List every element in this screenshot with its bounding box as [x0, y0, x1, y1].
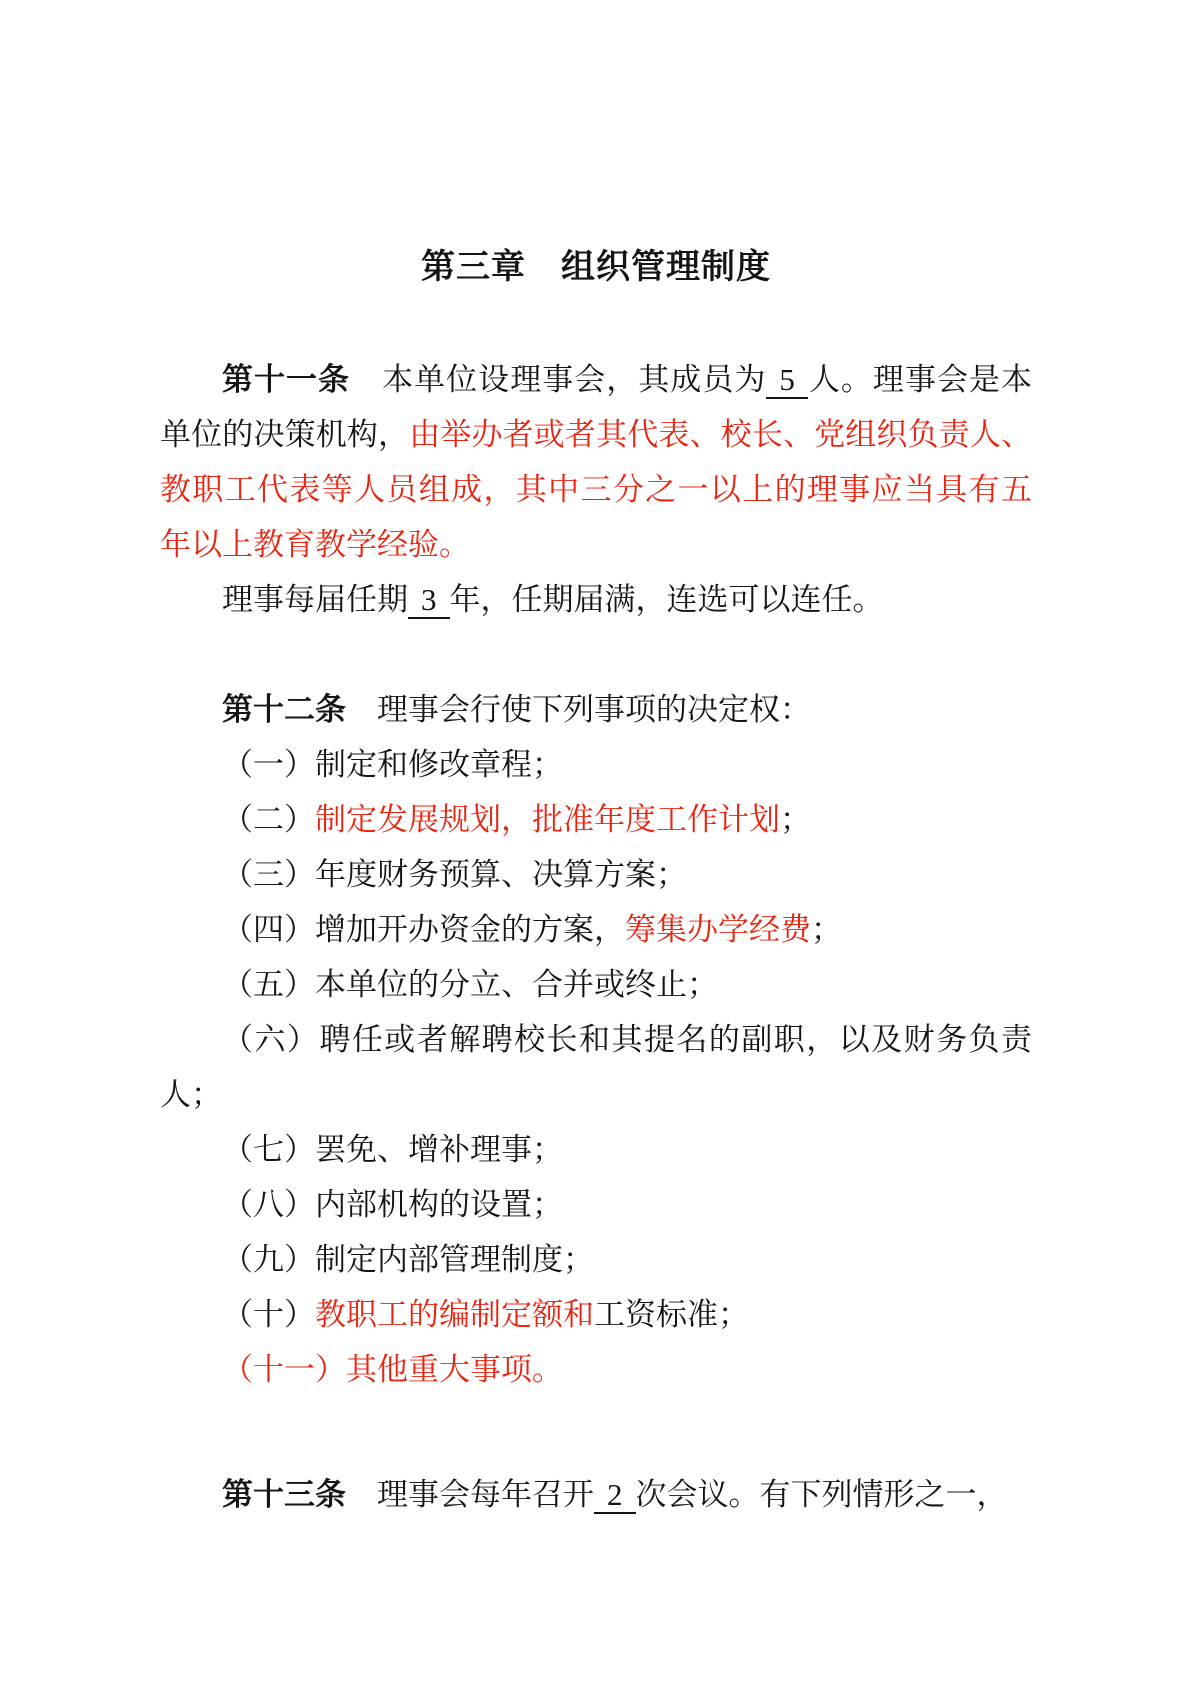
- text-line: （五）本单位的分立、合并或终止；: [160, 957, 1032, 1012]
- text-line: （七）罢免、增补理事；: [160, 1122, 1032, 1177]
- text-segment: （一）制定和修改章程；: [222, 747, 563, 782]
- text-segment: （八）内部机构的设置；: [222, 1187, 563, 1222]
- text-segment: 工资标准；: [594, 1297, 749, 1332]
- text-segment: 人。理事会是本: [808, 362, 1032, 397]
- text-line: （二）制定发展规划，批准年度工作计划；: [160, 792, 1032, 847]
- text-segment: 本单位设理事会，其成员为: [350, 362, 766, 397]
- text-line: 人；: [160, 1067, 1032, 1122]
- text-segment: 筹集办学经费: [625, 912, 811, 947]
- filled-blank-value: 5: [766, 362, 808, 399]
- term-paragraph: 理事每届任期3年，任期届满，连选可以连任。: [160, 572, 1032, 627]
- text-segment: 教职工代表等人员组成，其中三分之一以上的理事应当具有五: [160, 472, 1032, 507]
- text-segment: 人；: [160, 1077, 222, 1112]
- article-12-paragraph: 第十二条 理事会行使下列事项的决定权：: [160, 682, 1032, 737]
- decision-item-7: （七）罢免、增补理事；: [160, 1122, 1032, 1177]
- article-13-paragraph: 第十三条 理事会每年召开2次会议。有下列情形之一，: [160, 1467, 1032, 1522]
- text-segment: （五）本单位的分立、合并或终止；: [222, 967, 718, 1002]
- chapter-title: 第三章 组织管理制度: [160, 240, 1032, 295]
- text-line: 第十二条 理事会行使下列事项的决定权：: [160, 682, 1032, 737]
- text-segment: 理事会每年召开: [346, 1477, 594, 1512]
- text-segment: 理事会行使下列事项的决定权：: [346, 692, 811, 727]
- text-segment: ；: [780, 802, 811, 837]
- text-segment: 制定发展规划，批准年度工作计划: [315, 802, 780, 837]
- text-segment: 由举办者或者其代表、校长、党组织负责人、: [409, 417, 1032, 452]
- text-segment: 单位的决策机构，: [160, 417, 409, 452]
- text-segment: （十一）其他重大事项。: [222, 1352, 563, 1387]
- text-segment: ；: [811, 912, 842, 947]
- text-segment: （九）制定内部管理制度；: [222, 1242, 594, 1277]
- decision-item-10: （十）教职工的编制定额和工资标准；: [160, 1287, 1032, 1342]
- decision-item-3: （三）年度财务预算、决算方案；: [160, 847, 1032, 902]
- text-line: （九）制定内部管理制度；: [160, 1232, 1032, 1287]
- text-segment: 第十一条: [222, 362, 350, 397]
- text-segment: 年，任期届满，连选可以连任。: [450, 582, 884, 617]
- text-line: （三）年度财务预算、决算方案；: [160, 847, 1032, 902]
- decision-item-8: （八）内部机构的设置；: [160, 1177, 1032, 1232]
- text-segment: （六）聘任或者解聘校长和其提名的副职，以及财务负责: [222, 1022, 1032, 1057]
- decision-item-11: （十一）其他重大事项。: [160, 1342, 1032, 1397]
- decision-item-5: （五）本单位的分立、合并或终止；: [160, 957, 1032, 1012]
- text-segment: 理事每届任期: [222, 582, 408, 617]
- text-segment: （七）罢免、增补理事；: [222, 1132, 563, 1167]
- article-11-paragraph: 第十一条 本单位设理事会，其成员为5人。理事会是本单位的决策机构，由举办者或者其…: [160, 352, 1032, 572]
- text-line: 理事每届任期3年，任期届满，连选可以连任。: [160, 572, 1032, 627]
- decision-item-2: （二）制定发展规划，批准年度工作计划；: [160, 792, 1032, 847]
- text-line: 教职工代表等人员组成，其中三分之一以上的理事应当具有五: [160, 462, 1032, 517]
- filled-blank-value: 3: [408, 582, 450, 619]
- text-segment: 第十三条: [222, 1477, 346, 1512]
- document-page: 第三章 组织管理制度 第十一条 本单位设理事会，其成员为5人。理事会是本单位的决…: [0, 0, 1191, 1684]
- decision-item-1: （一）制定和修改章程；: [160, 737, 1032, 792]
- text-line: 单位的决策机构，由举办者或者其代表、校长、党组织负责人、: [160, 407, 1032, 462]
- text-line: （八）内部机构的设置；: [160, 1177, 1032, 1232]
- text-segment: （四）增加开办资金的方案，: [222, 912, 625, 947]
- text-line: 年以上教育教学经验。: [160, 517, 1032, 572]
- text-line: 第十三条 理事会每年召开2次会议。有下列情形之一，: [160, 1467, 1032, 1522]
- text-line: （一）制定和修改章程；: [160, 737, 1032, 792]
- text-line: （四）增加开办资金的方案，筹集办学经费；: [160, 902, 1032, 957]
- text-line: （六）聘任或者解聘校长和其提名的副职，以及财务负责: [160, 1012, 1032, 1067]
- decision-item-9: （九）制定内部管理制度；: [160, 1232, 1032, 1287]
- text-segment: （二）: [222, 802, 315, 837]
- text-segment: （三）年度财务预算、决算方案；: [222, 857, 687, 892]
- text-segment: 教职工的编制定额和: [315, 1297, 594, 1332]
- decision-item-6: （六）聘任或者解聘校长和其提名的副职，以及财务负责人；: [160, 1012, 1032, 1122]
- text-segment: （十）: [222, 1297, 315, 1332]
- decision-item-4: （四）增加开办资金的方案，筹集办学经费；: [160, 902, 1032, 957]
- text-line: （十一）其他重大事项。: [160, 1342, 1032, 1397]
- text-line: （十）教职工的编制定额和工资标准；: [160, 1287, 1032, 1342]
- text-line: 第十一条 本单位设理事会，其成员为5人。理事会是本: [160, 352, 1032, 407]
- text-segment: 次会议。有下列情形之一，: [636, 1477, 1008, 1512]
- text-segment: 第十二条: [222, 692, 346, 727]
- decision-items-list: （一）制定和修改章程；（二）制定发展规划，批准年度工作计划；（三）年度财务预算、…: [160, 737, 1032, 1397]
- filled-blank-value: 2: [594, 1477, 636, 1514]
- text-segment: 年以上教育教学经验。: [160, 527, 470, 562]
